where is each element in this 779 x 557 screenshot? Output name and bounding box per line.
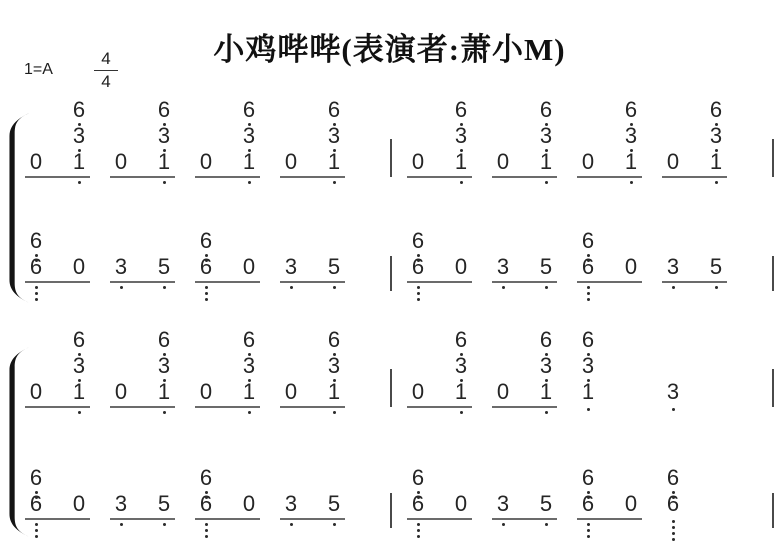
note-digit: 6	[614, 99, 648, 121]
beam-line	[280, 406, 345, 408]
octave-dot	[545, 286, 548, 289]
octave-dot	[672, 526, 675, 529]
note-digit: 3	[444, 125, 478, 147]
note-digit: 0	[104, 151, 138, 173]
note-digit: 3	[529, 125, 563, 147]
octave-dot	[333, 523, 336, 526]
octave-dot	[163, 149, 166, 152]
note-digit: 1	[317, 151, 351, 173]
octave-dot	[545, 379, 548, 382]
octave-dot	[35, 292, 38, 295]
barline	[772, 493, 774, 528]
octave-dot	[163, 286, 166, 289]
note-digit: 5	[529, 493, 563, 515]
note-digit: 3	[232, 125, 266, 147]
barline	[390, 139, 392, 177]
octave-dot	[672, 532, 675, 535]
octave-dot	[35, 523, 38, 526]
octave-dot	[35, 535, 38, 538]
note-digit: 0	[444, 493, 478, 515]
octave-dot	[417, 298, 420, 301]
octave-dot	[120, 523, 123, 526]
note-digit: 0	[401, 381, 435, 403]
beam-line	[492, 518, 557, 520]
note-digit: 0	[62, 493, 96, 515]
note-digit: 6	[529, 329, 563, 351]
octave-dot	[417, 529, 420, 532]
note-digit: 0	[232, 493, 266, 515]
barline	[390, 369, 392, 407]
note-digit: 3	[317, 355, 351, 377]
note-digit: 3	[104, 256, 138, 278]
beam-line	[195, 518, 260, 520]
octave-dot	[205, 523, 208, 526]
note-digit: 1	[529, 381, 563, 403]
note-digit: 6	[571, 329, 605, 351]
note-digit: 3	[147, 355, 181, 377]
octave-dot	[417, 259, 420, 262]
octave-dot	[35, 286, 38, 289]
note-digit: 3	[486, 493, 520, 515]
barline	[772, 369, 774, 407]
note-digit: 1	[699, 151, 733, 173]
beam-line	[25, 518, 90, 520]
beam-line	[662, 281, 727, 283]
note-digit: 3	[571, 355, 605, 377]
octave-dot	[78, 379, 81, 382]
note-digit: 6	[699, 99, 733, 121]
beam-line	[110, 176, 175, 178]
octave-dot	[205, 491, 208, 494]
beam-line	[195, 281, 260, 283]
octave-dot	[35, 298, 38, 301]
beam-line	[662, 176, 727, 178]
octave-dot	[417, 496, 420, 499]
octave-dot	[163, 379, 166, 382]
octave-dot	[715, 149, 718, 152]
octave-dot	[333, 379, 336, 382]
octave-dot	[205, 535, 208, 538]
note-digit: 0	[486, 381, 520, 403]
octave-dot	[460, 149, 463, 152]
octave-dot	[587, 529, 590, 532]
note-digit: 5	[147, 256, 181, 278]
octave-dot	[78, 411, 81, 414]
octave-dot	[163, 411, 166, 414]
note-digit: 5	[317, 493, 351, 515]
note-digit: 6	[401, 230, 435, 252]
note-digit: 3	[656, 381, 690, 403]
note-digit: 0	[656, 151, 690, 173]
octave-dot	[630, 181, 633, 184]
note-digit: 0	[189, 151, 223, 173]
note-digit: 1	[444, 381, 478, 403]
note-digit: 6	[62, 99, 96, 121]
octave-dot	[672, 408, 675, 411]
octave-dot	[205, 259, 208, 262]
octave-dot	[502, 523, 505, 526]
note-digit: 3	[62, 125, 96, 147]
beam-line	[25, 176, 90, 178]
note-digit: 0	[232, 256, 266, 278]
octave-dot	[460, 411, 463, 414]
octave-dot	[587, 496, 590, 499]
octave-dot	[333, 149, 336, 152]
note-digit: 0	[401, 151, 435, 173]
octave-dot	[545, 181, 548, 184]
octave-dot	[417, 292, 420, 295]
octave-dot	[672, 538, 675, 541]
octave-dot	[587, 292, 590, 295]
note-digit: 1	[147, 151, 181, 173]
octave-dot	[672, 491, 675, 494]
octave-dot	[587, 254, 590, 257]
octave-dot	[417, 535, 420, 538]
note-digit: 3	[232, 355, 266, 377]
octave-dot	[205, 529, 208, 532]
beam-line	[577, 281, 642, 283]
note-digit: 0	[189, 381, 223, 403]
beam-line	[577, 176, 642, 178]
note-digit: 3	[62, 355, 96, 377]
octave-dot	[35, 491, 38, 494]
note-digit: 0	[614, 493, 648, 515]
octave-dot	[587, 286, 590, 289]
octave-dot	[333, 181, 336, 184]
note-digit: 1	[317, 381, 351, 403]
octave-dot	[248, 149, 251, 152]
octave-dot	[417, 491, 420, 494]
note-digit: 6	[232, 329, 266, 351]
note-digit: 6	[189, 467, 223, 489]
note-digit: 5	[317, 256, 351, 278]
beam-line	[280, 281, 345, 283]
note-digit: 6	[147, 329, 181, 351]
beam-line	[577, 518, 642, 520]
beam-line	[25, 281, 90, 283]
note-digit: 6	[571, 230, 605, 252]
note-digit: 3	[699, 125, 733, 147]
note-digit: 3	[529, 355, 563, 377]
note-digit: 3	[656, 256, 690, 278]
octave-dot	[78, 181, 81, 184]
beam-line	[110, 406, 175, 408]
note-digit: 5	[147, 493, 181, 515]
beam-line	[407, 518, 472, 520]
note-digit: 0	[614, 256, 648, 278]
octave-dot	[587, 535, 590, 538]
beam-line	[110, 518, 175, 520]
note-digit: 6	[19, 467, 53, 489]
octave-dot	[120, 286, 123, 289]
note-digit: 0	[62, 256, 96, 278]
octave-dot	[502, 286, 505, 289]
octave-dot	[205, 286, 208, 289]
note-digit: 6	[401, 467, 435, 489]
octave-dot	[205, 298, 208, 301]
octave-dot	[163, 181, 166, 184]
octave-dot	[587, 298, 590, 301]
beam-line	[492, 281, 557, 283]
octave-dot	[417, 523, 420, 526]
note-digit: 6	[656, 467, 690, 489]
octave-dot	[35, 254, 38, 257]
note-digit: 1	[571, 381, 605, 403]
beam-line	[407, 406, 472, 408]
octave-dot	[205, 254, 208, 257]
octave-dot	[587, 491, 590, 494]
beam-line	[407, 281, 472, 283]
octave-dot	[672, 496, 675, 499]
beam-line	[195, 406, 260, 408]
octave-dot	[460, 379, 463, 382]
note-digit: 1	[232, 381, 266, 403]
octave-dot	[587, 259, 590, 262]
octave-dot	[163, 523, 166, 526]
note-digit: 0	[444, 256, 478, 278]
beam-line	[25, 406, 90, 408]
octave-dot	[248, 181, 251, 184]
note-digit: 3	[104, 493, 138, 515]
note-digit: 6	[444, 99, 478, 121]
beam-line	[280, 176, 345, 178]
octave-dot	[545, 149, 548, 152]
note-digit: 6	[571, 467, 605, 489]
note-digit: 1	[614, 151, 648, 173]
note-digit: 5	[529, 256, 563, 278]
octave-dot	[587, 379, 590, 382]
note-digit: 1	[147, 381, 181, 403]
note-digit: 1	[232, 151, 266, 173]
octave-dot	[587, 523, 590, 526]
octave-dot	[417, 286, 420, 289]
octave-dot	[545, 523, 548, 526]
beam-line	[110, 281, 175, 283]
octave-dot	[248, 411, 251, 414]
beam-line	[195, 176, 260, 178]
octave-dot	[333, 411, 336, 414]
octave-dot	[630, 149, 633, 152]
note-digit: 3	[486, 256, 520, 278]
beam-line	[492, 176, 557, 178]
note-digit: 0	[19, 381, 53, 403]
note-digit: 0	[19, 151, 53, 173]
note-digit: 3	[274, 493, 308, 515]
octave-dot	[587, 408, 590, 411]
octave-dot	[290, 286, 293, 289]
barline	[390, 493, 392, 528]
octave-dot	[672, 286, 675, 289]
octave-dot	[460, 181, 463, 184]
note-digit: 6	[444, 329, 478, 351]
octave-dot	[35, 496, 38, 499]
sheet-music-page: 1=A 4 4 小鸡哔哔(表演者:萧小M) 016301630163016301…	[0, 0, 779, 557]
note-digit: 6	[317, 329, 351, 351]
barline	[772, 139, 774, 177]
note-digit: 1	[444, 151, 478, 173]
note-digit: 6	[19, 230, 53, 252]
octave-dot	[333, 286, 336, 289]
note-digit: 3	[147, 125, 181, 147]
octave-dot	[545, 411, 548, 414]
octave-dot	[715, 181, 718, 184]
note-digit: 0	[571, 151, 605, 173]
time-signature-denominator: 4	[92, 72, 120, 92]
octave-dot	[35, 529, 38, 532]
song-title: 小鸡哔哔(表演者:萧小M)	[0, 24, 779, 69]
note-digit: 0	[486, 151, 520, 173]
octave-dot	[205, 292, 208, 295]
note-digit: 0	[274, 381, 308, 403]
time-signature-fraction-bar	[94, 70, 118, 71]
barline	[772, 256, 774, 291]
note-digit: 5	[699, 256, 733, 278]
octave-dot	[205, 496, 208, 499]
octave-dot	[715, 286, 718, 289]
note-digit: 0	[104, 381, 138, 403]
octave-dot	[290, 523, 293, 526]
octave-dot	[672, 520, 675, 523]
note-digit: 1	[529, 151, 563, 173]
octave-dot	[417, 254, 420, 257]
octave-dot	[35, 259, 38, 262]
note-digit: 3	[614, 125, 648, 147]
note-digit: 6	[189, 230, 223, 252]
octave-dot	[78, 149, 81, 152]
note-digit: 3	[317, 125, 351, 147]
beam-line	[280, 518, 345, 520]
note-digit: 3	[274, 256, 308, 278]
note-digit: 1	[62, 381, 96, 403]
beam-line	[407, 176, 472, 178]
beam-line	[492, 406, 557, 408]
note-digit: 3	[444, 355, 478, 377]
note-digit: 6	[317, 99, 351, 121]
octave-dot	[248, 379, 251, 382]
barline	[390, 256, 392, 291]
note-digit: 1	[62, 151, 96, 173]
note-digit: 6	[147, 99, 181, 121]
note-digit: 0	[274, 151, 308, 173]
note-digit: 6	[232, 99, 266, 121]
note-digit: 6	[62, 329, 96, 351]
note-digit: 6	[529, 99, 563, 121]
